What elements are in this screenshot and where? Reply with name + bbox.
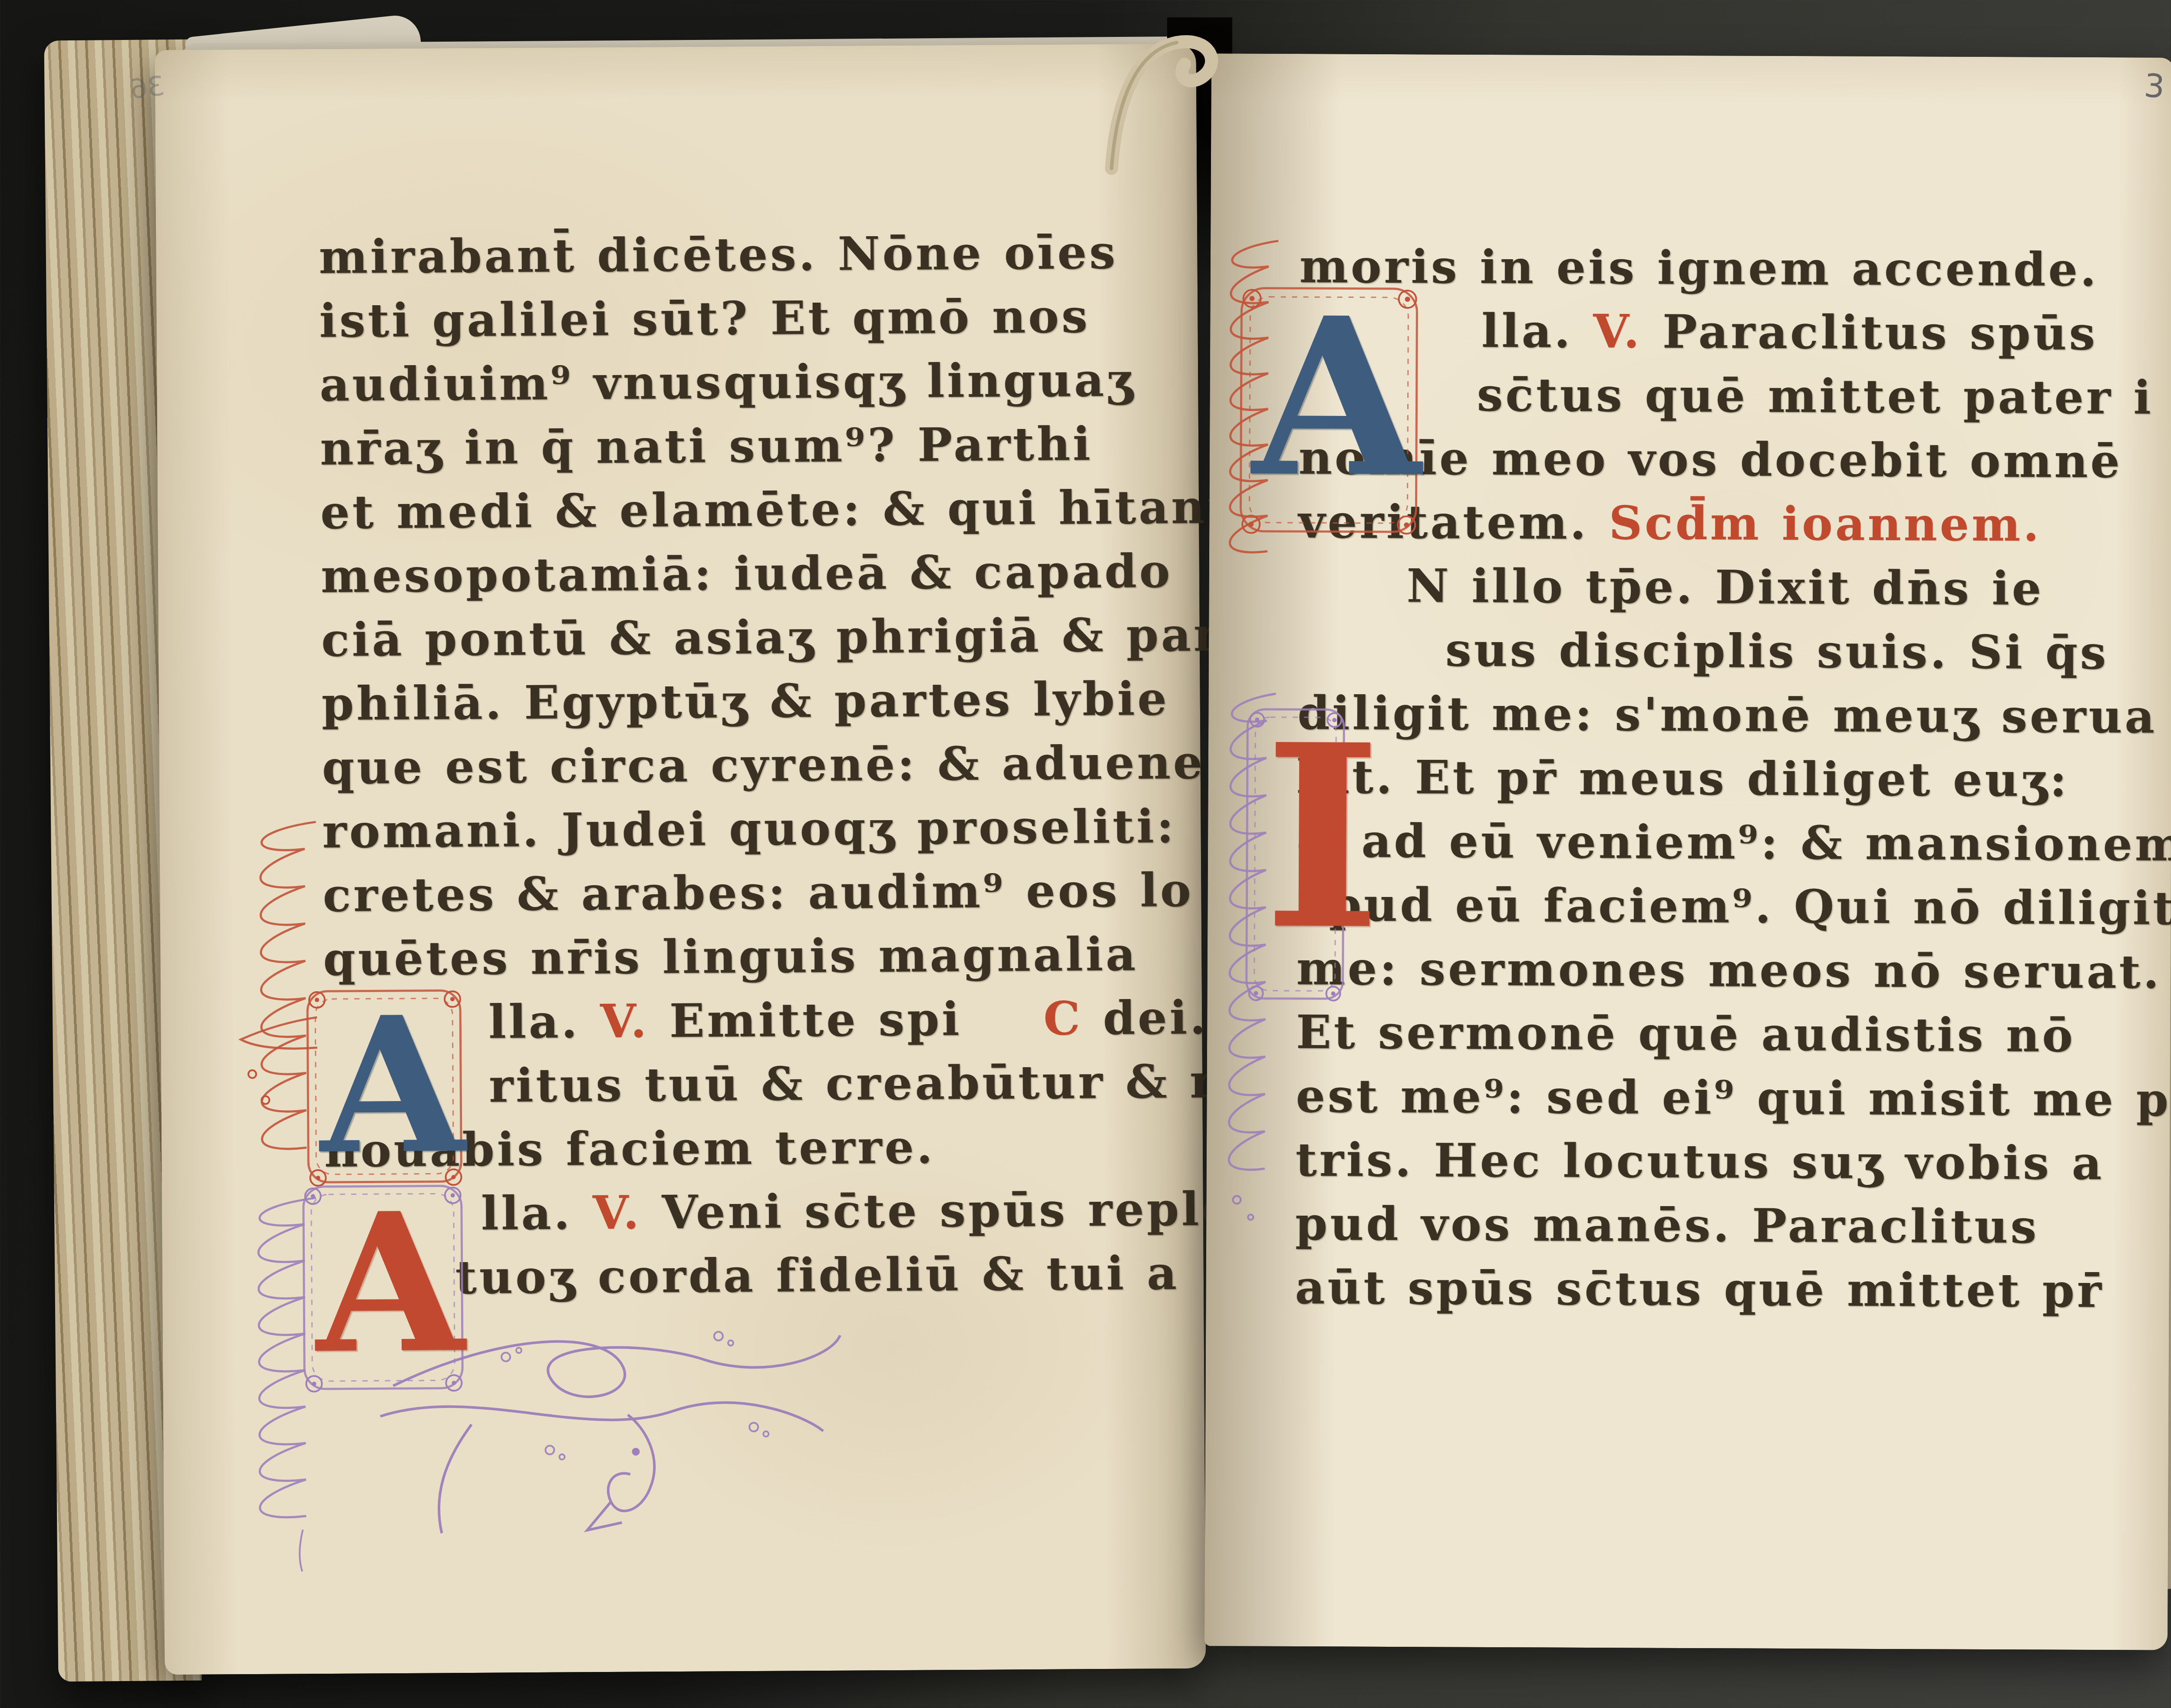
body-text: dei. <box>1082 990 1208 1045</box>
body-text: romani. Judei quoqʒ proseliti: <box>322 799 1176 858</box>
body-text: N illo tp̄e. Dixit dn̄s ie <box>1406 558 2044 615</box>
body-text: ciā pontū & asiaʒ phrigiā & pan <box>321 607 1230 667</box>
text-line: nr̄aʒ in q̄ nati sum⁹? Parthi <box>320 411 1182 480</box>
text-line: lla. V. Paraclitus spūs <box>1299 298 2157 366</box>
text-line: sus disciplis suis. Si q̄s <box>1298 617 2156 685</box>
body-text: lla. <box>1481 303 1594 358</box>
text-line: pud vos manēs. Paraclitus <box>1295 1191 2153 1259</box>
right-page: moris in eis ignem accende.lla. V. Parac… <box>1204 53 2171 1650</box>
right-text-block: moris in eis ignem accende.lla. V. Parac… <box>1295 234 2157 1323</box>
body-text: tris. Hec locutus suʒ vobis a <box>1296 1132 2105 1190</box>
text-line: et medi & elamēte: & qui hītant <box>320 475 1183 544</box>
penwork-flourish-dragon <box>362 1283 868 1573</box>
body-text: aūt spūs sc̄tus quē mittet pr̄ <box>1295 1260 2104 1318</box>
text-line: romani. Judei quoqʒ proseliti: <box>322 794 1184 863</box>
body-text: isti galilei sūt? Et qmō nos <box>319 289 1090 348</box>
body-text: me: sermones meos nō seruat. <box>1297 941 2162 999</box>
text-line: veritatem. Scd̄m ioannem. <box>1298 489 2156 557</box>
rubric-text: V. <box>593 1185 642 1240</box>
body-text: lla. <box>481 1185 593 1240</box>
body-text: lla. <box>488 994 600 1049</box>
body-text: nr̄aʒ in q̄ nati sum⁹? Parthi <box>320 416 1093 475</box>
body-text: pud vos manēs. Paraclitus <box>1295 1196 2039 1253</box>
body-text: diligit me: s'monē meuʒ serua <box>1297 686 2157 744</box>
body-text: Et sermonē quē audistis nō <box>1296 1005 2075 1062</box>
body-text: Emitte spi <box>649 991 1044 1048</box>
text-line: tris. Hec locutus suʒ vobis a <box>1296 1128 2154 1195</box>
manuscript-photo: { "scene_title": "Illuminated Latin manu… <box>0 0 2171 1708</box>
text-line: bit. Et pr̄ meus diliget euʒ: <box>1297 745 2155 812</box>
penwork-cascade-red <box>1210 234 1298 577</box>
text-line: philiā. Egyptūʒ & partes lybie <box>321 666 1184 735</box>
folio-number-showthrough: 36 <box>129 69 166 105</box>
body-text: apud eū faciem⁹. Qui nō diligit <box>1297 877 2171 935</box>
body-text: & ad eū veniem⁹: & mansionem <box>1297 813 2171 871</box>
body-text: Paraclitus spūs <box>1642 304 2098 361</box>
text-line: est me⁹: sed ei⁹ qui misit me pa <box>1296 1064 2154 1131</box>
penwork-cascade-red <box>233 813 344 1200</box>
penwork-cascade-purple <box>1211 687 1295 1235</box>
body-text: est me⁹: sed ei⁹ qui misit me pa <box>1296 1068 2171 1127</box>
text-line: & ad eū veniem⁹: & mansionem <box>1297 808 2155 876</box>
rubric-text: Scd̄m ioannem. <box>1609 495 2042 551</box>
penwork-cascade-purple <box>231 1191 346 1574</box>
text-line: nomīe meo vos docebit omnē <box>1299 425 2157 493</box>
body-text: sc̄tus quē mittet pater i <box>1477 367 2154 425</box>
body-text: ritus tuū & creabūtur & re <box>489 1054 1249 1113</box>
text-line: me: sermones meos nō seruat. <box>1297 936 2155 1004</box>
rubric-text: C <box>1043 991 1083 1045</box>
text-line: isti galilei sūt? Et qmō nos <box>319 284 1181 353</box>
text-line: ciā pontū & asiaʒ phrigiā & pan <box>321 603 1183 672</box>
body-text: Veni sc̄te spūs reple <box>641 1181 1234 1239</box>
text-line: que est circa cyrenē: & aduene <box>322 730 1184 799</box>
text-line: moris in eis ignem accende. <box>1300 234 2158 302</box>
text-line: N illo tp̄e. Dixit dn̄s ie <box>1298 553 2156 621</box>
body-text: que est circa cyrenē: & aduene <box>322 735 1205 795</box>
body-text: sus disciplis suis. Si q̄s <box>1445 623 2109 680</box>
body-text: et medi & elamēte: & qui hītant <box>320 479 1231 539</box>
text-line: sc̄tus quē mittet pater i <box>1299 362 2157 429</box>
text-line: cretes & arabes: audim⁹ eos lo <box>323 858 1185 927</box>
rubric-text: V. <box>1593 304 1642 358</box>
text-line: audiuim⁹ vnusquisqʒ linguaʒ <box>320 347 1182 416</box>
body-text: mesopotamiā: iudeā & capado <box>321 544 1173 603</box>
body-text: bit. Et pr̄ meus diliget euʒ: <box>1297 749 2069 807</box>
body-text: cretes & arabes: audim⁹ eos lo <box>323 863 1194 922</box>
text-line: diligit me: s'monē meuʒ serua <box>1297 681 2155 748</box>
text-line: mirabant̄ dicētes. Nōne oīes <box>319 220 1181 289</box>
text-line: apud eū faciem⁹. Qui nō diligit <box>1297 872 2155 940</box>
body-text: audiuim⁹ vnusquisqʒ linguaʒ <box>320 353 1135 412</box>
body-text: philiā. Egyptūʒ & partes lybie <box>321 671 1169 731</box>
text-line: mesopotamiā: iudeā & capado <box>321 539 1183 608</box>
body-text: mirabant̄ dicētes. Nōne oīes <box>319 225 1118 284</box>
rubric-text: V. <box>600 993 649 1048</box>
left-page: mirabant̄ dicētes. Nōne oīesisti galilei… <box>155 44 1206 1675</box>
bookmark-cord <box>1085 12 1233 177</box>
text-line: aūt spūs sc̄tus quē mittet pr̄ <box>1295 1255 2153 1323</box>
text-line: Et sermonē quē audistis nō <box>1296 1000 2154 1068</box>
folio-number: 37 <box>2143 67 2171 108</box>
